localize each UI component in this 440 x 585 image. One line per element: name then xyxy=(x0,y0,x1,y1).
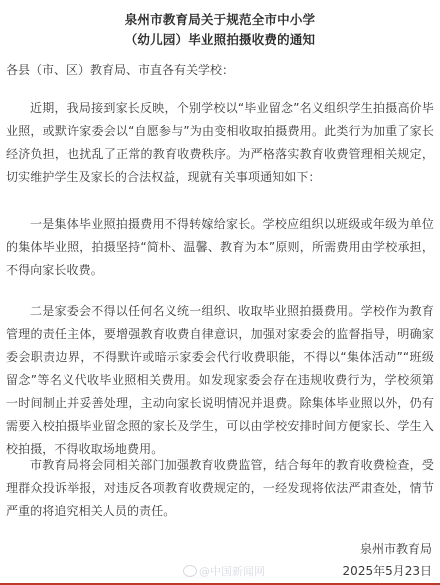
weibo-icon xyxy=(183,565,197,577)
watermark-text: @中国新闻网 xyxy=(199,563,265,579)
signature-organization: 泉州市教育局 xyxy=(360,540,432,557)
notice-document: 泉州市教育局关于规范全市中小学 （幼儿园）毕业照拍摄收费的通知 各县（市、区）教… xyxy=(0,0,440,585)
signature-date: 2025年5月23日 xyxy=(343,562,432,579)
paragraph-closing: 市教育局将会同相关部门加强教育收费监管，结合每年的教育收费检查，受理群众投诉举报… xyxy=(6,454,434,523)
paragraph-intro: 近期，我局接到家长反映，个别学校以“毕业留念”名义组织学生拍摄高价毕业照，或默许… xyxy=(6,97,434,189)
paragraph-item-1: 一是集体毕业照拍摄费用不得转嫁给家长。学校应组织以班级或年级为单位的集体毕业照，… xyxy=(6,213,434,282)
watermark: @中国新闻网 xyxy=(183,563,265,579)
document-title-line2: （幼儿园）毕业照拍摄收费的通知 xyxy=(0,30,440,48)
document-title-line1: 泉州市教育局关于规范全市中小学 xyxy=(0,10,440,28)
salutation: 各县（市、区）教育局、市直各有关学校： xyxy=(6,61,234,78)
paragraph-item-2: 二是家委会不得以任何名义统一组织、收取毕业照拍摄费用。学校作为教育管理的责任主体… xyxy=(6,300,434,461)
